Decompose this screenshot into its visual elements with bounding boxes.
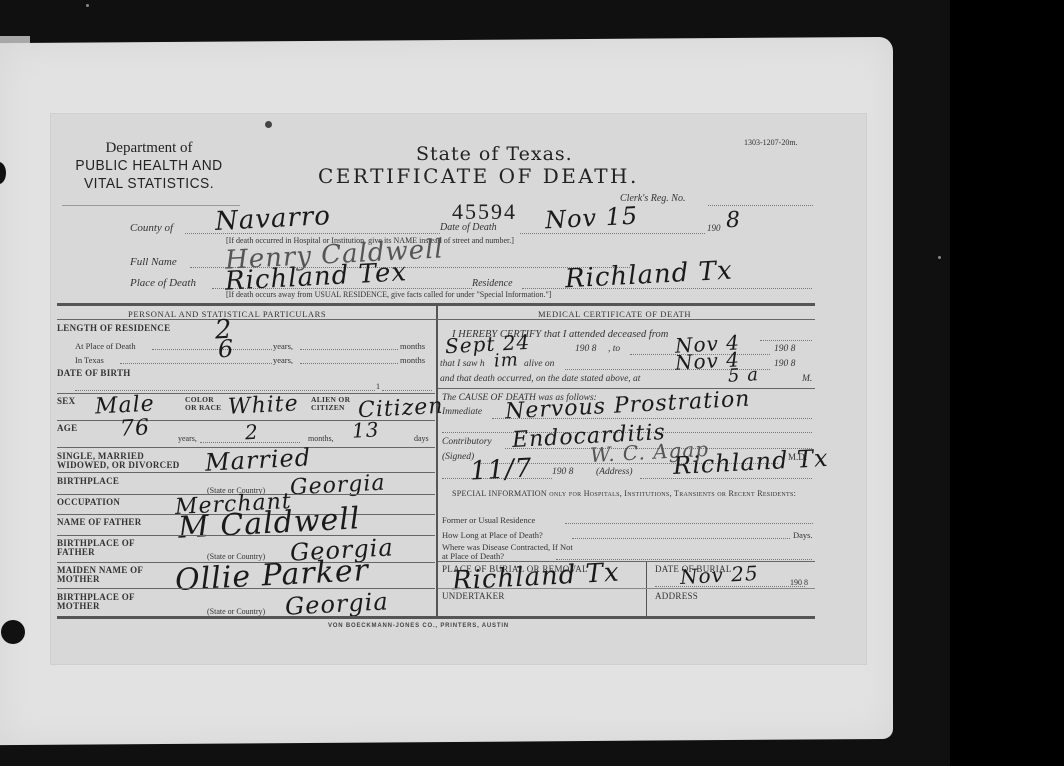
date-of-death-year-prefix: 190 (707, 223, 721, 233)
bottom-rule (57, 616, 815, 619)
attended-to-year: 190 8 (774, 344, 795, 354)
age-days-unit: days (414, 434, 429, 443)
address-label: (Address) (596, 467, 633, 477)
alive-on-label: alive on (524, 359, 554, 369)
how-long-label: How Long at Place of Death? (442, 530, 543, 540)
immediate-label: Immediate (442, 407, 482, 417)
state-or-country-label: (State or Country) (207, 607, 265, 616)
last-saw-pronoun: im (493, 349, 519, 371)
color-race-value: White (227, 391, 299, 420)
row-divider (438, 588, 815, 589)
alive-on-year: 190 8 (774, 359, 795, 369)
column-divider (436, 305, 438, 617)
dotted-line (152, 349, 272, 350)
scan-black-margin (950, 0, 1064, 766)
burial-date-year: 190 8 (790, 578, 808, 587)
row-divider (438, 388, 815, 389)
dust-speck (938, 256, 941, 259)
dotted-line (572, 538, 790, 539)
death-occurred-text: and that death occurred, on the date sta… (440, 374, 640, 384)
death-time-suffix: M. (802, 374, 812, 384)
in-texas-years: 6 (217, 335, 235, 364)
last-saw-text: that I saw h (440, 359, 485, 369)
printer-imprint: VON BOECKMANN-JONES CO., PRINTERS, AUSTI… (328, 623, 509, 629)
dotted-line (708, 205, 813, 206)
marital-status-label: SINGLE, MARRIED WIDOWED, OR DIVORCED (57, 452, 197, 470)
divider (62, 205, 240, 206)
burial-column-divider (646, 562, 647, 617)
department-line2: PUBLIC HEALTH AND (67, 157, 231, 175)
days-label: Days. (793, 530, 813, 540)
full-name-label: Full Name (130, 256, 177, 268)
father-birthplace-label: BIRTHPLACE OF FATHER (57, 539, 157, 557)
date-of-death-label: Date of Death (440, 222, 497, 233)
undertaker-label: UNDERTAKER (442, 592, 505, 601)
signed-year: 190 8 (552, 467, 573, 477)
dotted-line (382, 390, 432, 391)
father-name-label: NAME OF FATHER (57, 518, 142, 527)
dotted-line (120, 363, 272, 364)
occupation-label: OCCUPATION (57, 498, 120, 507)
date-of-birth-label: DATE OF BIRTH (57, 369, 131, 378)
row-divider (438, 561, 815, 562)
department-line1: Department of (60, 140, 238, 157)
special-information-title: SPECIAL INFORMATION only for Hospitals, … (452, 489, 822, 499)
dotted-line (300, 363, 398, 364)
to-label: , to (608, 344, 620, 354)
dotted-line (300, 349, 398, 350)
age-days-value: 13 (351, 417, 380, 442)
former-residence-label: Former or Usual Residence (442, 515, 535, 525)
age-years-unit: years, (178, 434, 197, 443)
medical-section-title: MEDICAL CERTIFICATE OF DEATH (538, 309, 691, 319)
alien-citizen-label: ALIEN OR CITIZEN (311, 396, 351, 412)
section-divider (57, 319, 815, 320)
dust-speck (86, 4, 89, 7)
dotted-line (565, 523, 813, 524)
dotted-line (640, 478, 812, 479)
dotted-line (760, 340, 812, 341)
date-of-death-value: Nov 15 (544, 202, 639, 235)
months-unit: months (400, 341, 425, 351)
department-line3: VITAL STATISTICS. (67, 175, 231, 193)
months-unit: months (400, 355, 425, 365)
state-title: State of Texas. (416, 143, 573, 165)
undertaker-address-label: ADDRESS (655, 592, 698, 601)
years-unit: years, (273, 341, 293, 351)
birthplace-label: BIRTHPLACE (57, 477, 119, 486)
years-unit: years, (273, 355, 293, 365)
contributory-label: Contributory (442, 437, 492, 447)
length-of-residence-label: LENGTH OF RESIDENCE (57, 324, 170, 333)
age-months-unit: months, (308, 434, 334, 443)
sex-label: SEX (57, 397, 75, 406)
ink-spot (265, 121, 272, 128)
form-number: 1303-1207-20m. (744, 138, 798, 147)
place-of-death-label: Place of Death (130, 277, 196, 289)
date-of-death-year: 8 (725, 208, 741, 234)
dotted-line (75, 390, 375, 391)
residence-label: Residence (472, 278, 513, 289)
age-months-value: 2 (244, 420, 259, 445)
county-label: County of (130, 222, 173, 234)
signed-date-value: 11/7 (469, 453, 533, 486)
in-texas-label: In Texas (75, 355, 104, 365)
mother-name-label: MAIDEN NAME OF MOTHER (57, 566, 157, 584)
age-label: AGE (57, 424, 77, 433)
attended-from-year: 190 8 (575, 344, 596, 354)
county-value: Navarro (214, 201, 331, 237)
age-years-value: 76 (119, 415, 150, 442)
mother-birthplace-label: BIRTHPLACE OF MOTHER (57, 593, 157, 611)
certificate-title: CERTIFICATE OF DEATH. (318, 164, 639, 188)
department-block: Department of PUBLIC HEALTH AND VITAL ST… (60, 140, 238, 193)
birth-year-prefix: 1 (376, 382, 380, 391)
residence-note: [If death occurs away from USUAL RESIDEN… (226, 290, 551, 299)
burial-date-value: Nov 25 (679, 561, 759, 589)
birthplace-value: Georgia (289, 471, 386, 501)
color-race-label: COLOR OR RACE (185, 396, 225, 412)
at-place-of-death-label: At Place of Death (75, 341, 136, 351)
punch-hole (1, 620, 25, 644)
death-time-value: 5 a (727, 364, 759, 387)
